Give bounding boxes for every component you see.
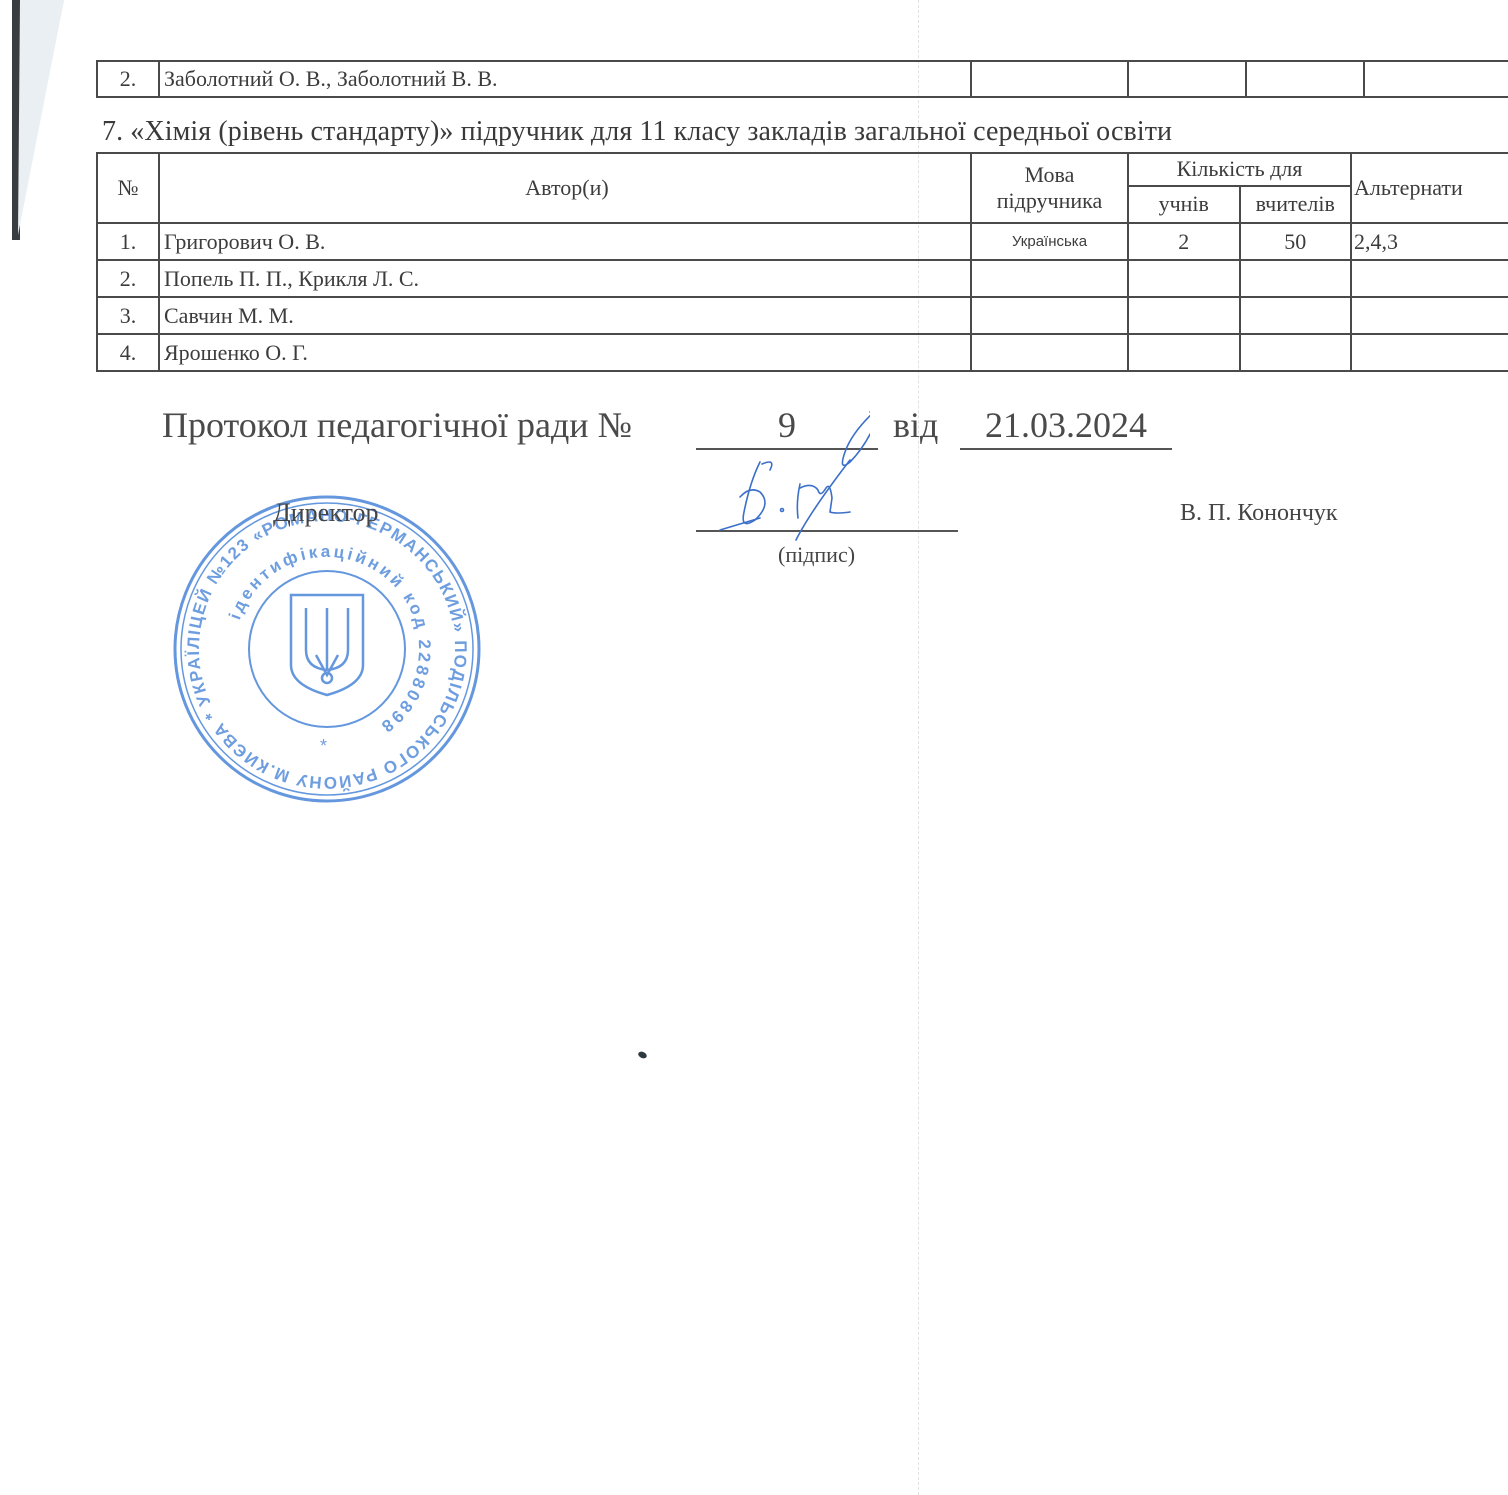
row-alternative — [1351, 334, 1508, 371]
row-students — [1128, 297, 1240, 334]
director-role-label: Директор — [273, 498, 379, 528]
row-language — [971, 260, 1128, 297]
row-teachers — [1240, 334, 1352, 371]
row-authors: Заболотний О. В., Заболотний В. В. — [159, 61, 971, 97]
row-number: 2. — [97, 61, 159, 97]
row-students — [1128, 61, 1246, 97]
protocol-label: Протокол педагогічної ради № — [162, 404, 632, 446]
trident-icon — [291, 595, 363, 695]
row-number: 2. — [97, 260, 159, 297]
row-alternative: 2,4,3 — [1351, 223, 1508, 260]
table-row: 4. Ярошенко О. Г. — [97, 334, 1508, 371]
textbook-table: № Автор(и) Мова підручника Кількість для… — [96, 152, 1508, 372]
row-students: 2 — [1128, 223, 1240, 260]
previous-section-table: 2. Заболотний О. В., Заболотний В. В. — [96, 60, 1508, 98]
section-title: 7. «Хімія (рівень стандарту)» підручник … — [102, 116, 1172, 148]
row-students — [1128, 260, 1240, 297]
header-students: учнів — [1128, 186, 1240, 223]
row-number: 3. — [97, 297, 159, 334]
row-alternative — [1351, 260, 1508, 297]
header-language: Мова підручника — [971, 153, 1128, 223]
header-alternative: Альтернати — [1351, 153, 1508, 223]
row-authors: Попель П. П., Крикля Л. С. — [159, 260, 971, 297]
row-language — [971, 334, 1128, 371]
handwritten-signature — [700, 402, 870, 542]
table-row: 1. Григорович О. В. Українська 2 50 2,4,… — [97, 223, 1508, 260]
header-authors: Автор(и) — [159, 153, 971, 223]
header-num: № — [97, 153, 159, 223]
row-authors: Ярошенко О. Г. — [159, 334, 971, 371]
header-row: № Автор(и) Мова підручника Кількість для… — [97, 153, 1508, 186]
header-quantity-for: Кількість для — [1128, 153, 1351, 186]
row-number: 4. — [97, 334, 159, 371]
director-name: В. П. Конончук — [1180, 500, 1338, 527]
row-language — [971, 297, 1128, 334]
official-stamp: ЛІЦЕЙ №123 «РОМАНО-ГЕРМАНСЬКИЙ» ПОДІЛЬСЬ… — [168, 490, 486, 808]
row-authors: Савчин М. М. — [159, 297, 971, 334]
signature-caption: (підпис) — [778, 542, 855, 568]
row-students — [1128, 334, 1240, 371]
row-language — [971, 61, 1128, 97]
row-teachers: 50 — [1240, 223, 1352, 260]
protocol-date: 21.03.2024 — [960, 404, 1172, 450]
row-authors: Григорович О. В. — [159, 223, 971, 260]
row-teachers — [1240, 297, 1352, 334]
svg-text:*: * — [320, 736, 327, 756]
row-number: 1. — [97, 223, 159, 260]
row-teachers — [1240, 260, 1352, 297]
row-teachers — [1246, 61, 1364, 97]
protocol-from-label: від — [893, 404, 938, 446]
header-teachers: вчителів — [1240, 186, 1352, 223]
row-language: Українська — [971, 223, 1128, 260]
table-row: 3. Савчин М. М. — [97, 297, 1508, 334]
row-alternative — [1351, 297, 1508, 334]
table-row: 2. Заболотний О. В., Заболотний В. В. — [97, 61, 1508, 97]
table-row: 2. Попель П. П., Крикля Л. С. — [97, 260, 1508, 297]
row-alternative — [1364, 61, 1508, 97]
scan-speck — [637, 1050, 648, 1059]
